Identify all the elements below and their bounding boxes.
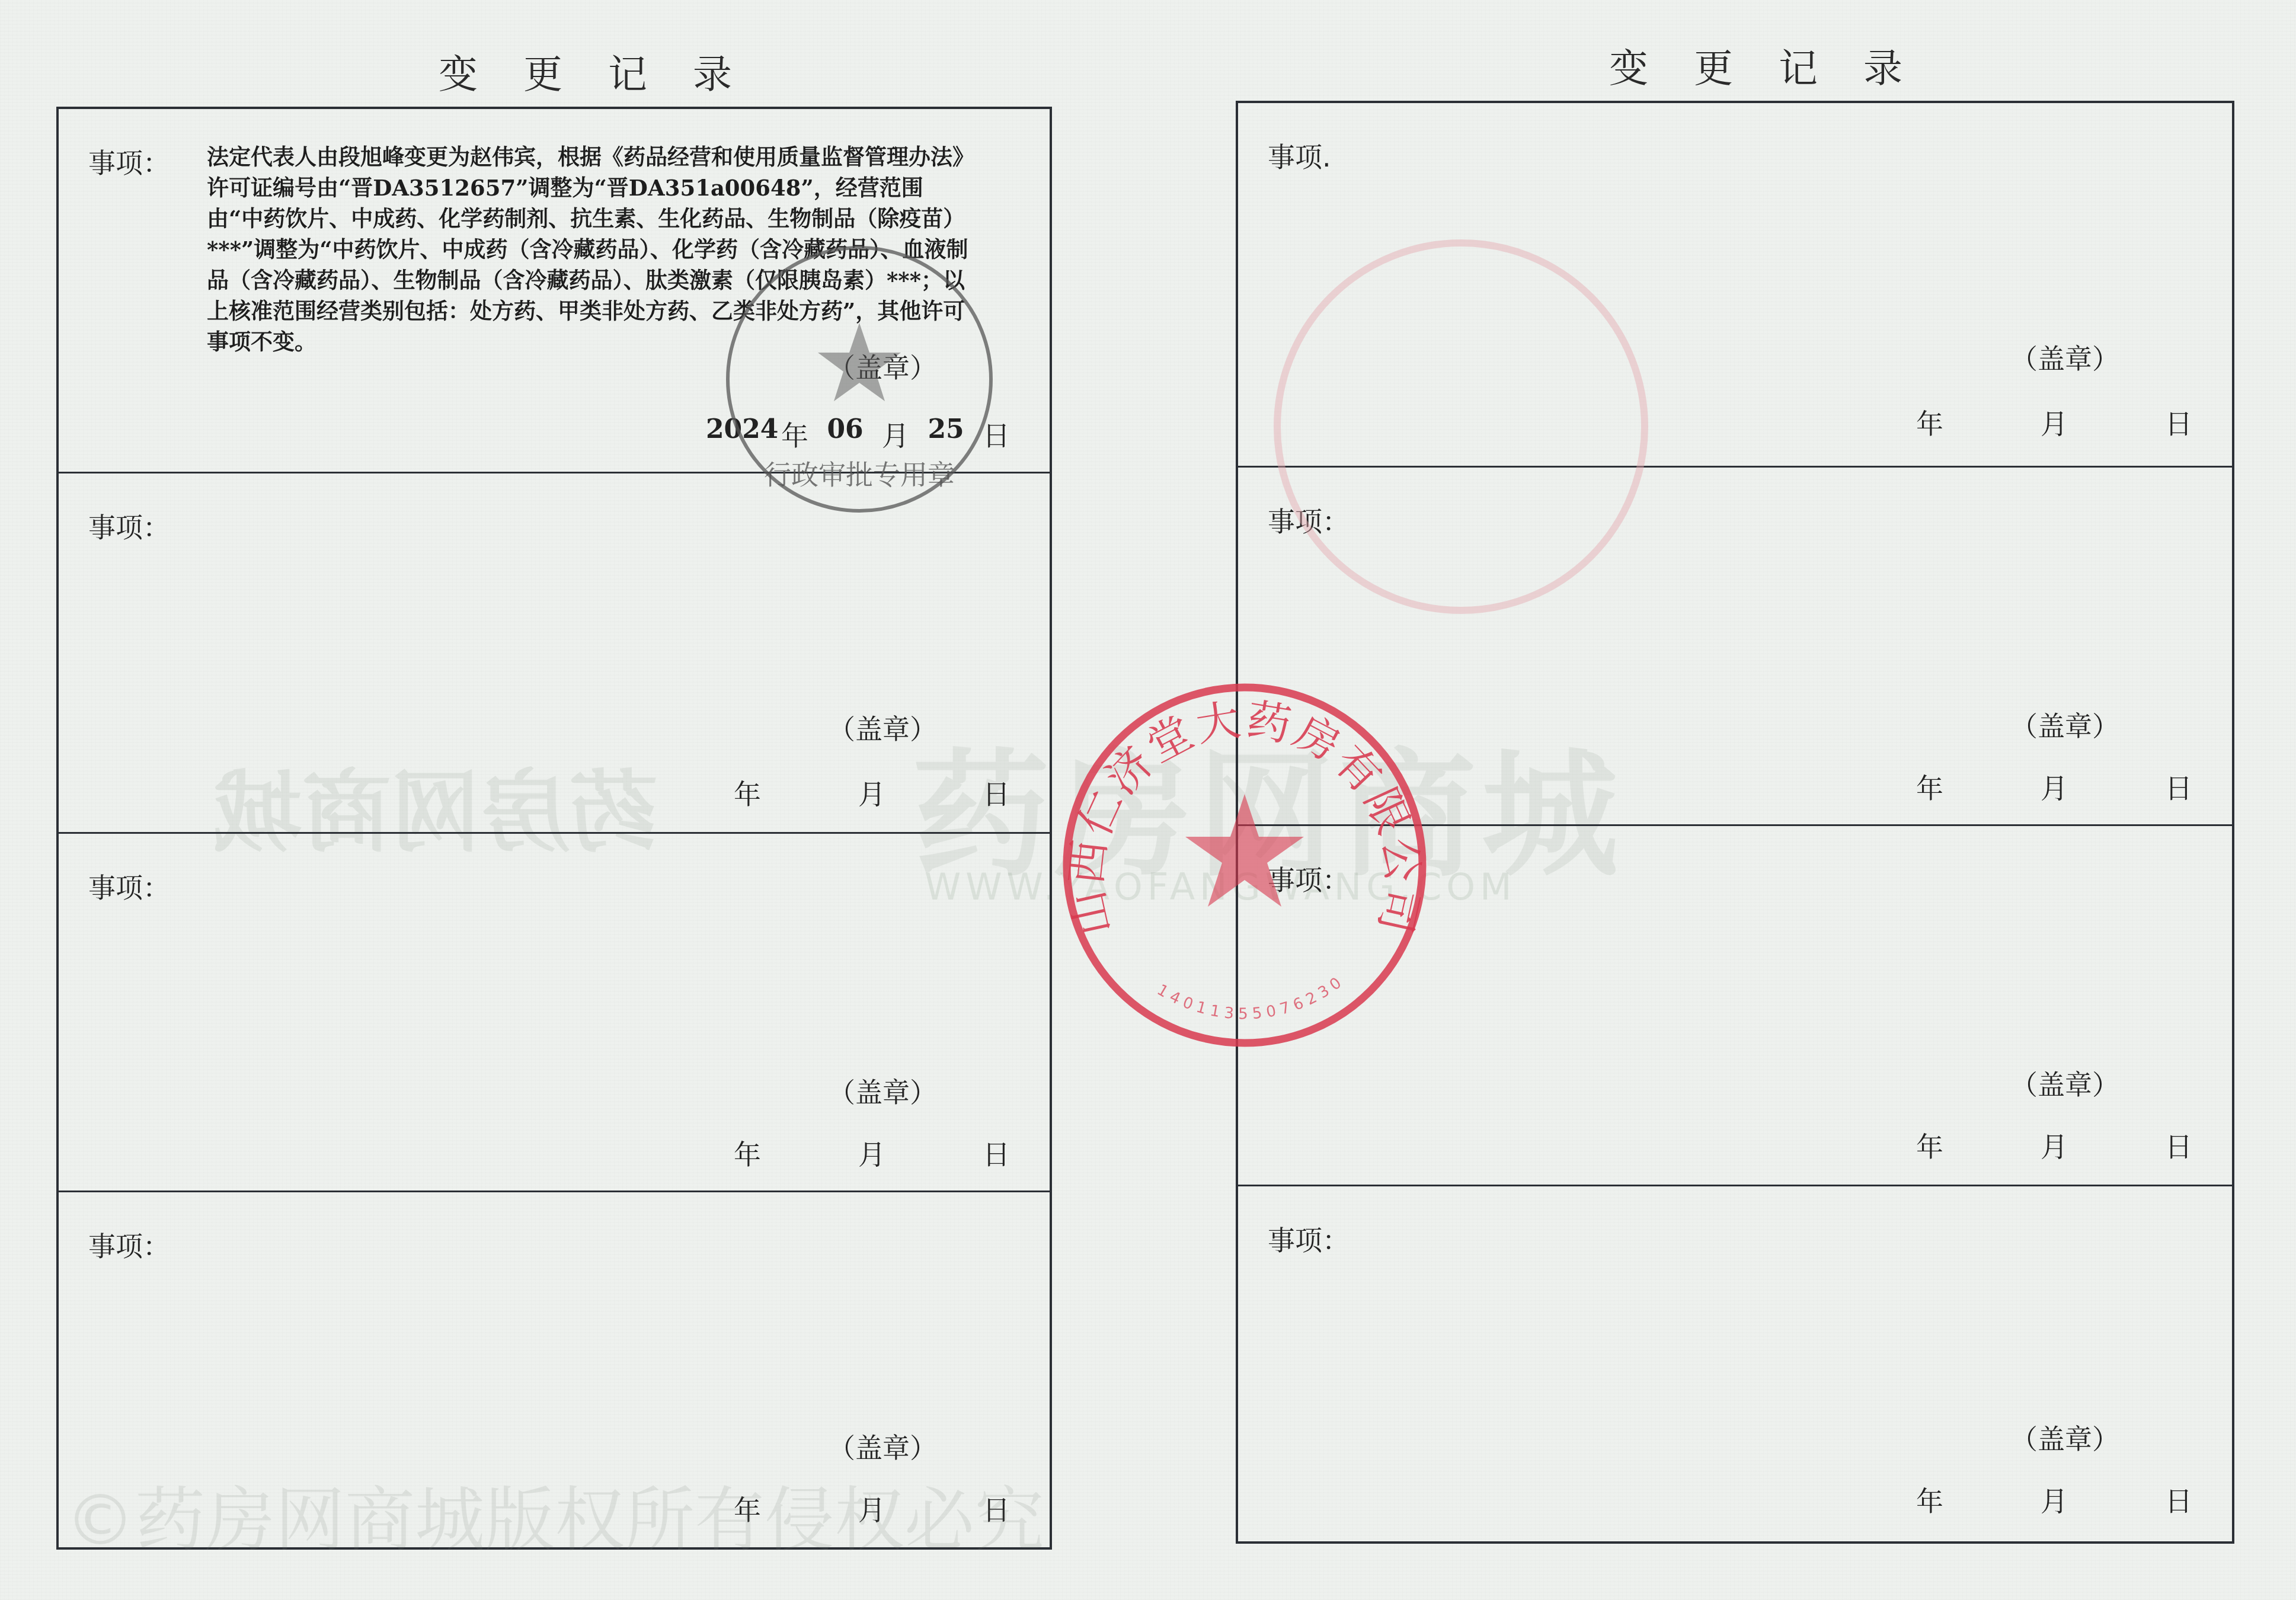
seal-label: （盖章） bbox=[2010, 337, 2119, 376]
year-unit: 年 bbox=[730, 1133, 765, 1172]
seal-label: （盖章） bbox=[2010, 1063, 2119, 1102]
seal-label: （盖章） bbox=[828, 1071, 937, 1110]
page-title-left: 变 更 记 录 bbox=[439, 43, 749, 99]
year-unit: 年 bbox=[1912, 767, 1948, 806]
year-unit: 年 bbox=[777, 414, 813, 453]
date-line: 年 月 日 bbox=[730, 773, 1014, 812]
date-line: 2024 年 06 月 25 日 bbox=[706, 414, 1014, 453]
item-label: 事项： bbox=[1268, 500, 1350, 539]
record-row: 事项： （盖章） 年 月 日 bbox=[59, 472, 1050, 832]
seal-label: （盖章） bbox=[828, 346, 937, 385]
page-title-right: 变 更 记 录 bbox=[1609, 37, 1919, 93]
item-label: 事项： bbox=[88, 866, 170, 905]
item-label: 事项. bbox=[1268, 136, 1331, 175]
month-unit: 月 bbox=[854, 1133, 890, 1172]
date-year: 2024 bbox=[706, 414, 777, 453]
item-label: 事项： bbox=[1268, 1219, 1350, 1258]
item-label: 事项： bbox=[88, 142, 170, 181]
seal-label: （盖章） bbox=[828, 1426, 937, 1465]
item-content: 法定代表人由段旭峰变更为赵伟宾，根据《药品经营和使用质量监督管理办法》许可证编号… bbox=[207, 142, 973, 357]
month-unit: 月 bbox=[878, 414, 913, 453]
day-unit: 日 bbox=[2161, 402, 2196, 441]
record-row: 事项. （盖章） 年 月 日 bbox=[1238, 103, 2232, 466]
item-label: 事项： bbox=[88, 1225, 170, 1264]
month-unit: 月 bbox=[2036, 1125, 2072, 1164]
date-line: 年 月 日 bbox=[1912, 1480, 2196, 1519]
date-day: 25 bbox=[913, 414, 978, 453]
seal-label: （盖章） bbox=[2010, 705, 2119, 744]
record-row: 事项： （盖章） 年 月 日 bbox=[1238, 1185, 2232, 1541]
day-unit: 日 bbox=[978, 414, 1014, 453]
year-unit: 年 bbox=[730, 773, 765, 812]
month-unit: 月 bbox=[2036, 402, 2072, 441]
year-unit: 年 bbox=[1912, 1480, 1948, 1519]
date-line: 年 月 日 bbox=[730, 1133, 1014, 1172]
day-unit: 日 bbox=[2161, 1125, 2196, 1164]
item-label: 事项： bbox=[88, 506, 170, 545]
day-unit: 日 bbox=[2161, 767, 2196, 806]
date-line: 年 月 日 bbox=[1912, 402, 2196, 441]
day-unit: 日 bbox=[978, 773, 1014, 812]
record-row: 事项： 法定代表人由段旭峰变更为赵伟宾，根据《药品经营和使用质量监督管理办法》许… bbox=[59, 109, 1050, 472]
change-record-table-right: 事项. （盖章） 年 月 日 事项： （盖章） 年 月 日 事项： （盖章） 年… bbox=[1236, 101, 2234, 1544]
record-row: 事项： （盖章） 年 月 日 bbox=[1238, 466, 2232, 824]
seal-label: （盖章） bbox=[2010, 1417, 2119, 1457]
record-row: 事项： （盖章） 年 月 日 bbox=[59, 832, 1050, 1191]
date-line: 年 月 日 bbox=[1912, 1125, 2196, 1164]
date-line: 年 月 日 bbox=[1912, 767, 2196, 806]
year-unit: 年 bbox=[1912, 402, 1948, 441]
record-row: 事项： （盖章） 年 月 日 bbox=[1238, 824, 2232, 1185]
month-unit: 月 bbox=[854, 773, 890, 812]
item-label: 事项： bbox=[1268, 859, 1350, 898]
seal-label: （盖章） bbox=[828, 708, 937, 747]
change-record-table-left: 事项： 法定代表人由段旭峰变更为赵伟宾，根据《药品经营和使用质量监督管理办法》许… bbox=[56, 107, 1052, 1550]
month-unit: 月 bbox=[2036, 767, 2072, 806]
day-unit: 日 bbox=[978, 1133, 1014, 1172]
year-unit: 年 bbox=[1912, 1125, 1948, 1164]
date-month: 06 bbox=[813, 414, 878, 453]
watermark-copyright: ©药房网商城版权所有侵权必究 bbox=[65, 1464, 1044, 1564]
day-unit: 日 bbox=[2161, 1480, 2196, 1519]
month-unit: 月 bbox=[2036, 1480, 2072, 1519]
